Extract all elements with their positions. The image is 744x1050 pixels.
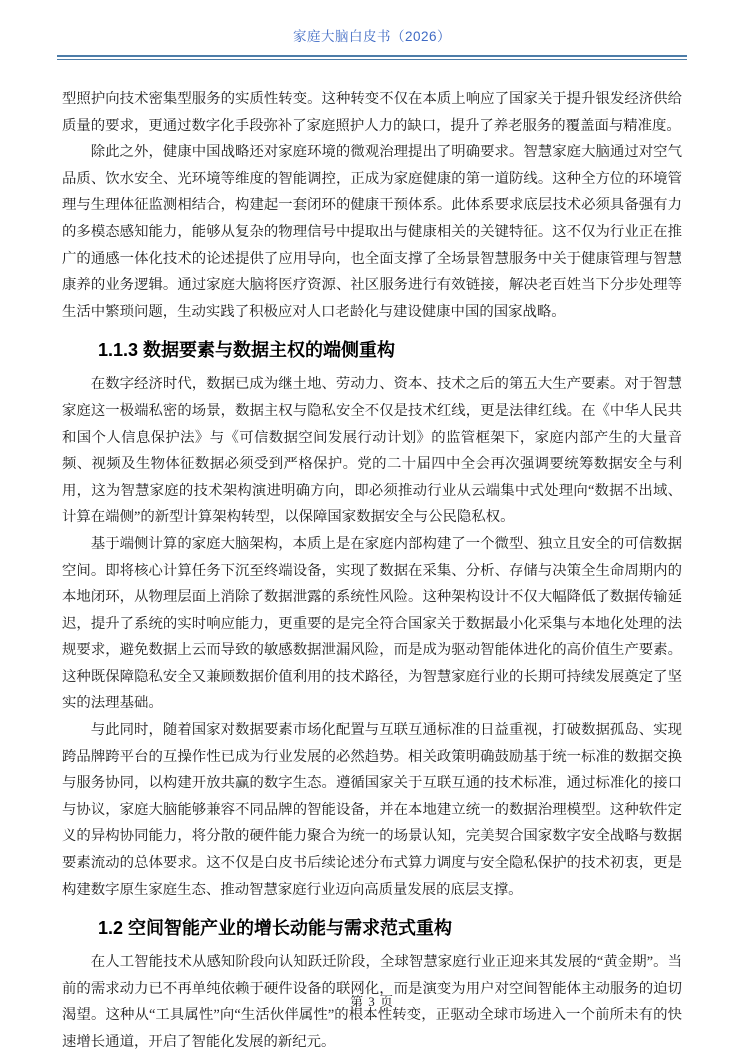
page-footer: 第 3 页 [0, 991, 744, 1010]
document-body: 型照护向技术密集型服务的实质性转变。这种转变不仅在本质上响应了国家关于提升银发经… [62, 86, 682, 1050]
section-heading-1-2: 1.2 空间智能产业的增长动能与需求范式重构 [62, 914, 682, 942]
body-paragraph: 在数字经济时代，数据已成为继土地、劳动力、资本、技术之后的第五大生产要素。对于智… [62, 371, 682, 531]
body-paragraph: 与此同时，随着国家对数据要素市场化配置与互联互通标准的日益重视，打破数据孤岛、实… [62, 717, 682, 903]
body-paragraph: 基于端侧计算的家庭大脑架构，本质上是在家庭内部构建了一个微型、独立且安全的可信数… [62, 531, 682, 717]
header-double-rule [57, 55, 687, 60]
running-header-title: 家庭大脑白皮书（2026） [57, 28, 687, 46]
body-paragraph: 除此之外，健康中国战略还对家庭环境的微观治理提出了明确要求。智慧家庭大脑通过对空… [62, 139, 682, 325]
document-page: 家庭大脑白皮书（2026） 型照护向技术密集型服务的实质性转变。这种转变不仅在本… [0, 0, 744, 1050]
page-number: 第 3 页 [350, 994, 394, 1009]
running-header: 家庭大脑白皮书（2026） [57, 28, 687, 60]
section-heading-1-1-3: 1.1.3 数据要素与数据主权的端侧重构 [62, 336, 682, 364]
body-paragraph: 型照护向技术密集型服务的实质性转变。这种转变不仅在本质上响应了国家关于提升银发经… [62, 86, 682, 139]
